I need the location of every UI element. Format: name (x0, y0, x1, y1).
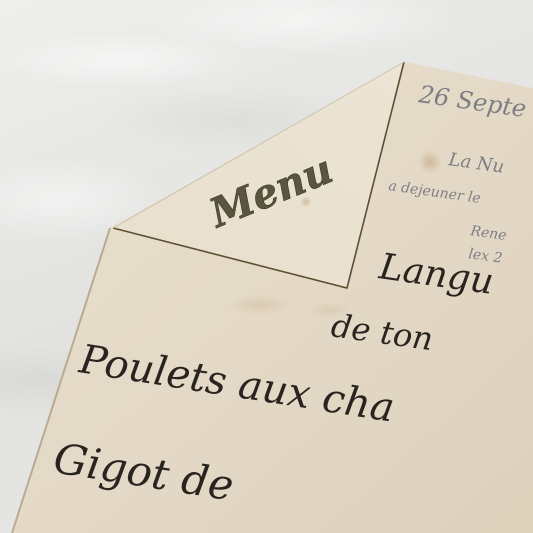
menu-card: Menu 26 Septe La Nu a dejeuner le Rene l… (0, 0, 533, 533)
